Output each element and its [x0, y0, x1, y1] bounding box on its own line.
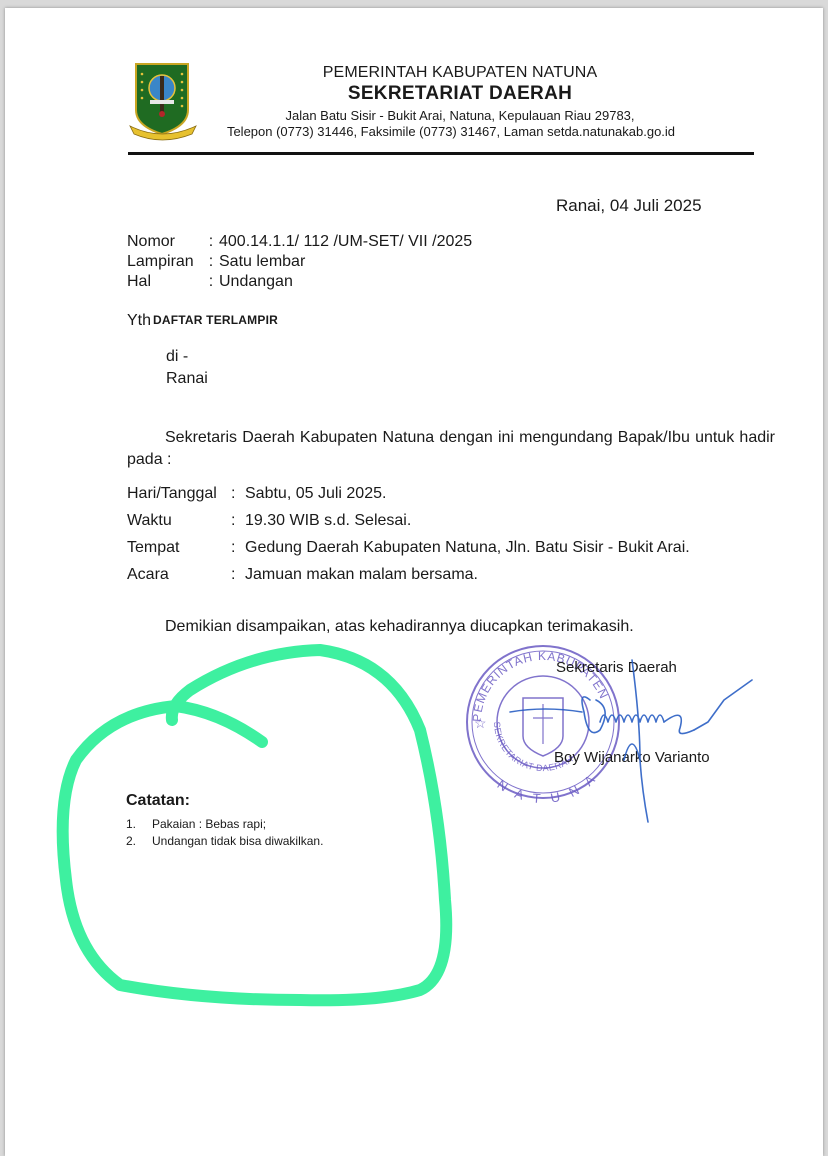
detail-label: Waktu [127, 512, 231, 539]
signatory-name: Boy Wijanarko Varianto [554, 749, 710, 766]
detail-row: Acara : Jamuan makan malam bersama. [127, 566, 690, 593]
recipient-name: DAFTAR TERLAMPIR [153, 313, 278, 327]
recipient-place: Ranai [166, 370, 208, 388]
detail-label: Acara [127, 566, 231, 593]
letter-date: Ranai, 04 Juli 2025 [556, 196, 702, 216]
opening-paragraph: Sekretaris Daerah Kabupaten Natuna denga… [127, 427, 775, 471]
note-text: Pakaian : Bebas rapi; [152, 816, 266, 833]
detail-separator: : [231, 512, 245, 539]
note-number: 1. [126, 816, 152, 833]
note-item: 2. Undangan tidak bisa diwakilkan. [126, 833, 323, 850]
note-item: 1. Pakaian : Bebas rapi; [126, 816, 323, 833]
detail-value: 19.30 WIB s.d. Selesai. [245, 512, 411, 539]
detail-row: Tempat : Gedung Daerah Kabupaten Natuna,… [127, 539, 690, 566]
detail-separator: : [231, 566, 245, 593]
notes-list: 1. Pakaian : Bebas rapi; 2. Undangan tid… [126, 816, 323, 850]
detail-value: Sabtu, 05 Juli 2025. [245, 485, 386, 512]
recipient-prefix: Yth [127, 312, 151, 330]
detail-value: Jamuan makan malam bersama. [245, 566, 478, 593]
event-details: Hari/Tanggal : Sabtu, 05 Juli 2025. Wakt… [127, 485, 690, 593]
meta-separator: : [203, 272, 219, 292]
letterhead-divider [128, 152, 754, 155]
detail-label: Tempat [127, 539, 231, 566]
office-contact: Telepon (0773) 31446, Faksimile (0773) 3… [192, 124, 710, 139]
meta-value: 400.14.1.1/ 112 /UM-SET/ VII /2025 [219, 232, 472, 252]
detail-separator: : [231, 539, 245, 566]
notes-title: Catatan: [126, 792, 190, 810]
detail-label: Hari/Tanggal [127, 485, 231, 512]
meta-separator: : [203, 252, 219, 272]
meta-separator: : [203, 232, 219, 252]
signatory-title: Sekretaris Daerah [556, 659, 677, 676]
detail-row: Hari/Tanggal : Sabtu, 05 Juli 2025. [127, 485, 690, 512]
meta-row-lampiran: Lampiran : Satu lembar [127, 252, 472, 272]
meta-value: Undangan [219, 272, 293, 292]
meta-label: Lampiran [127, 252, 203, 272]
closing-sentence: Demikian disampaikan, atas kehadirannya … [165, 618, 634, 636]
meta-row-hal: Hal : Undangan [127, 272, 472, 292]
note-text: Undangan tidak bisa diwakilkan. [152, 833, 323, 850]
government-name: PEMERINTAH KABUPATEN NATUNA [210, 64, 710, 82]
regency-coat-of-arms-icon [128, 60, 198, 142]
meta-row-nomor: Nomor : 400.14.1.1/ 112 /UM-SET/ VII /20… [127, 232, 472, 252]
letterhead: PEMERINTAH KABUPATEN NATUNA SEKRETARIAT … [210, 64, 710, 139]
recipient-place-prefix: di - [166, 348, 188, 366]
meta-label: Nomor [127, 232, 203, 252]
detail-separator: : [231, 485, 245, 512]
office-address: Jalan Batu Sisir - Bukit Arai, Natuna, K… [210, 108, 710, 123]
detail-value: Gedung Daerah Kabupaten Natuna, Jln. Bat… [245, 539, 690, 566]
office-name: SEKRETARIAT DAERAH [210, 83, 710, 105]
detail-row: Waktu : 19.30 WIB s.d. Selesai. [127, 512, 690, 539]
note-number: 2. [126, 833, 152, 850]
letter-meta: Nomor : 400.14.1.1/ 112 /UM-SET/ VII /20… [127, 232, 472, 292]
meta-value: Satu lembar [219, 252, 305, 272]
meta-label: Hal [127, 272, 203, 292]
